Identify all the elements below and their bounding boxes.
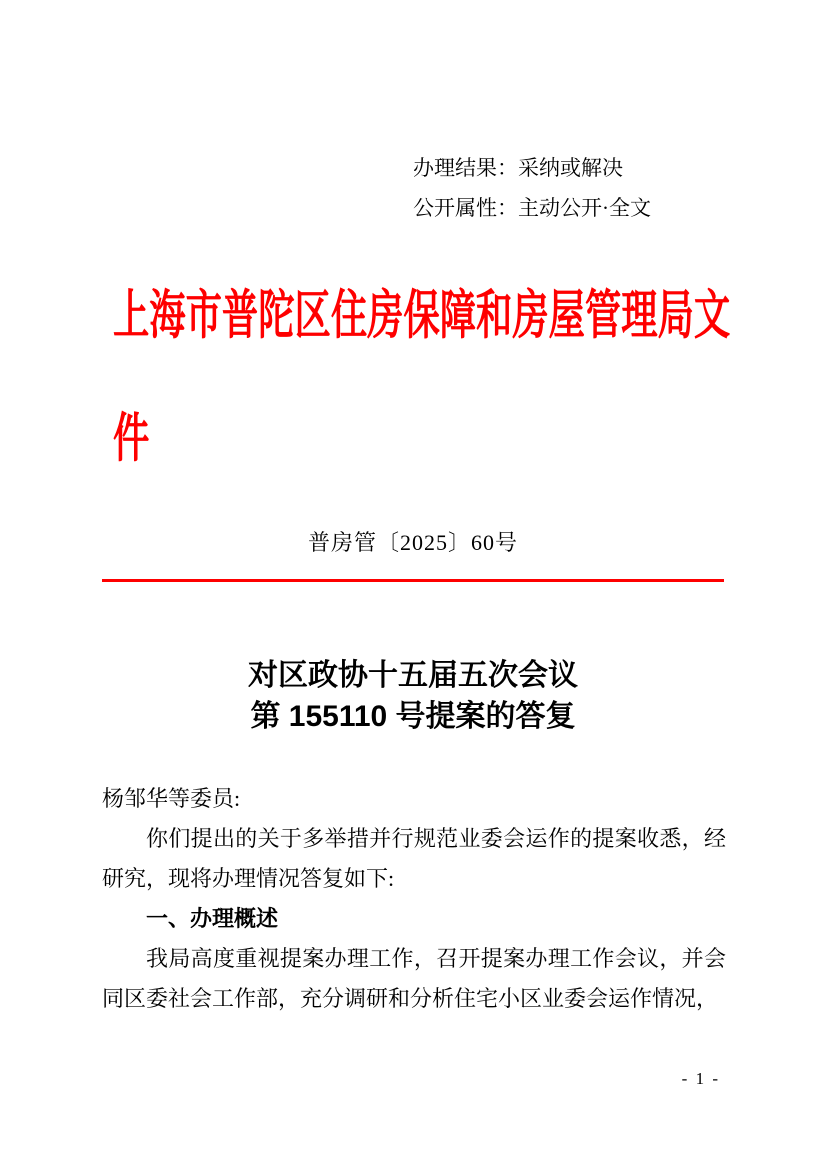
section-paragraph: 我局高度重视提案办理工作，召开提案办理工作会议，并会同区委社会工作部，充分调研和… — [102, 939, 726, 1019]
document-body: 杨邹华等委员: 你们提出的关于多举措并行规范业委会运作的提案收悉，经研究，现将办… — [102, 779, 726, 1019]
document-title-line1: 对区政协十五届五次会议 — [0, 655, 826, 696]
publicity-attribute-line: 公开属性：主动公开·全文 — [413, 188, 651, 228]
document-number: 普房管〔2025〕60号 — [0, 530, 826, 556]
header-meta-block: 办理结果：采纳或解决 公开属性：主动公开·全文 — [413, 148, 651, 228]
salutation: 杨邹华等委员: — [102, 779, 726, 819]
agency-masthead-line1: 上海市普陀区住房保障和房屋管理局文 — [113, 289, 730, 342]
agency-masthead-line2: 件 — [113, 412, 149, 465]
document-title-line2: 第 155110 号提案的答复 — [0, 696, 826, 737]
intro-paragraph: 你们提出的关于多举措并行规范业委会运作的提案收悉，经研究，现将办理情况答复如下: — [102, 819, 726, 899]
page-number: - 1 - — [682, 1068, 720, 1090]
masthead-rule — [102, 579, 724, 582]
document-page: 办理结果：采纳或解决 公开属性：主动公开·全文 上海市普陀区住房保障和房屋管理局… — [0, 0, 826, 1169]
section-heading: 一、办理概述 — [102, 899, 726, 939]
handling-result-line: 办理结果：采纳或解决 — [413, 148, 651, 188]
document-title: 对区政协十五届五次会议 第 155110 号提案的答复 — [0, 655, 826, 737]
